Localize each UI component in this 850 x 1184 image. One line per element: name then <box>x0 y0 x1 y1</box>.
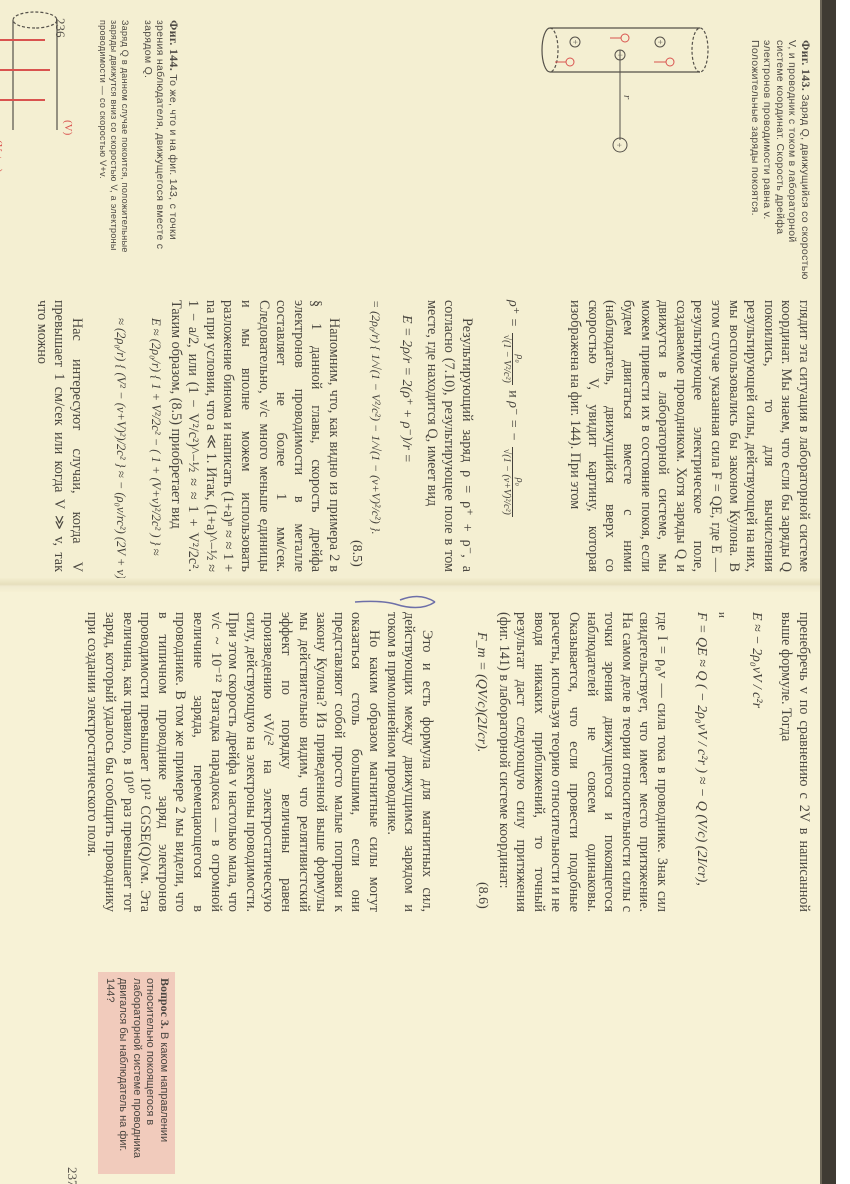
scan-background <box>836 0 850 1184</box>
page-236-body-1: глядит эта ситуация в лабораторной систе… <box>566 300 812 572</box>
equation-8-6-number: (8.6) <box>474 882 490 909</box>
page-236-body-2: Результирующий заряд ρ = ρ⁺ + ρ⁻, а согл… <box>422 300 475 572</box>
book-edge <box>820 0 836 1184</box>
equation-E-approx: E ≈ − 2ρ₀vV / c²r <box>747 612 765 708</box>
page-237-body-2: где I = ρ₀v — сила тока в проводнике. Зн… <box>494 612 670 912</box>
page-237-body-1: пренебречь v по сравнению с 2V в написан… <box>777 612 812 912</box>
book-spread: Фиг. 143. Заряд Q, движущийся со скорост… <box>0 0 850 1184</box>
question-label: Вопрос 3. <box>158 978 172 1029</box>
equation-rho: ρ⁺ = ρ₀√(1 − V²/c²) и ρ⁻ = − ρ₀√(1 − (v+… <box>500 300 525 575</box>
pen-annotation-mark <box>350 582 440 622</box>
equation-Fm: F_m = (QV/c)(2I/cr). <box>472 632 490 752</box>
label-V-plus-v: (V + v) <box>0 140 4 173</box>
svg-text:+: + <box>655 39 665 44</box>
equation-approx-line1: E ≈ (2ρ₀/r) { 1 + V²/2c² − ( 1 + (V+v)²/… <box>147 318 165 556</box>
and-word: и <box>712 612 730 618</box>
svg-text:+: + <box>570 39 580 44</box>
figure-144-subcaption: Заряд Q в данном случае покоится, положи… <box>97 20 130 270</box>
equation-E-line1: E = 2ρ/r = 2(ρ⁺ + ρ⁻)/r = <box>397 315 415 463</box>
figure-144-label: Фиг. 144. <box>167 20 181 71</box>
figure-143-caption: Фиг. 143. Заряд Q, движущийся со скорост… <box>749 40 813 280</box>
equation-8-5-number: (8.5) <box>348 540 364 567</box>
distance-label: r <box>621 95 633 100</box>
label-V: (V) <box>62 120 74 136</box>
equation-E-line2: = (2ρ₀/r) { 1/√(1 − V²/c²) − 1/√(1 − (v+… <box>367 300 385 535</box>
red-velocity-arrows <box>0 40 50 100</box>
conductor-cylinder <box>542 28 708 72</box>
svg-text:+: + <box>614 142 624 147</box>
page-237: пренебречь v по сравнению с 2V в написан… <box>0 592 820 1184</box>
figure-143-label: Фиг. 143. <box>799 40 813 91</box>
page-number-237: 237 <box>64 1167 80 1184</box>
figure-144-diagram: (V) (V + v) <box>0 0 90 220</box>
page-236-body-4: Нас интересуют случаи, когда V превышает… <box>32 300 85 572</box>
page-236-body-3: Напомним, что, как видно из примера 2 в … <box>166 300 342 572</box>
figure-144-caption: Фиг. 144. То же, что и на фиг. 143, с то… <box>142 20 181 270</box>
page-number-236: 236 <box>52 18 68 38</box>
page-236: Фиг. 143. Заряд Q, движущийся со скорост… <box>0 0 820 580</box>
equation-F: F = QE ≈ Q ( − 2ρ₀vV / c²r ) ≈ − Q (V/c)… <box>692 612 710 886</box>
equation-approx-line2: ≈ (2ρ₀/r) { (V² − (v+V)²)/2c² } ≈ − (ρ₀v… <box>112 318 130 579</box>
page-237-body-3: Это и есть формула для магнитных сил, де… <box>382 612 435 912</box>
page-237-body-4: Но каким образом магнитные силы могут ок… <box>83 612 382 912</box>
positive-charges: + + + <box>570 37 665 60</box>
figure-143-diagram: + + + r + <box>510 0 720 160</box>
question-3-box: Вопрос 3. В каком направлении относитель… <box>99 972 176 1174</box>
